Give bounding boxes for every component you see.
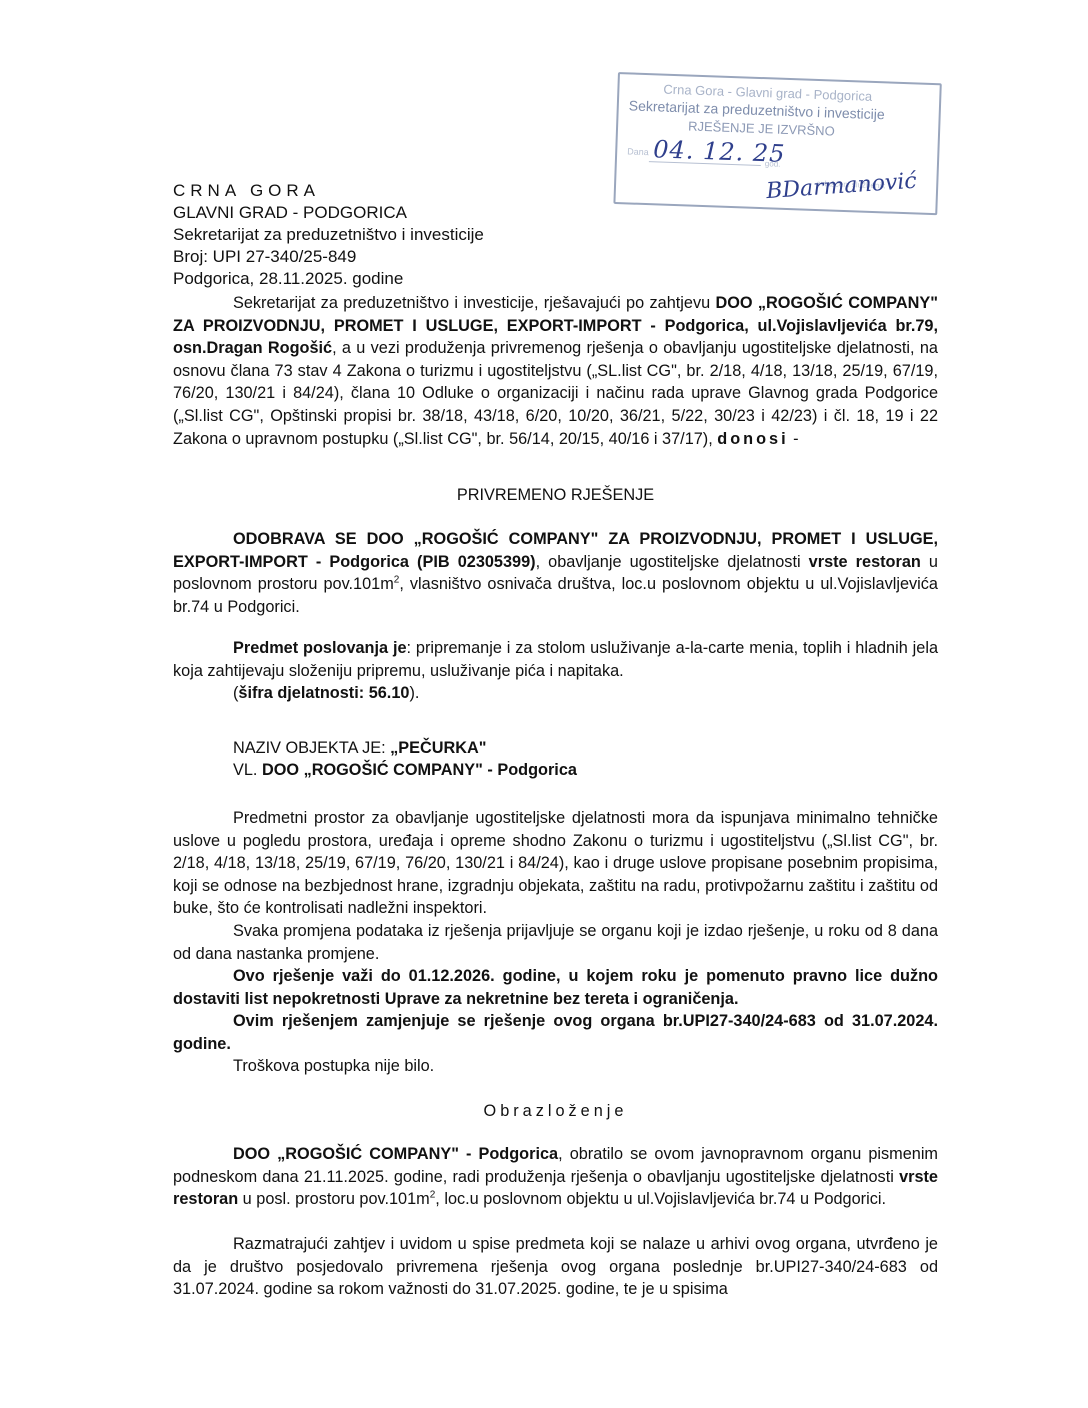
replacement-paragraph: Ovim rješenjem zamjenjuje se rješenje ov…	[173, 1010, 938, 1055]
object-name-label: NAZIV OBJEKTA JE:	[233, 739, 390, 757]
reasoning-company: DOO „ROGOŠIĆ COMPANY" - Podgorica	[233, 1145, 558, 1163]
stamp-year-suffix: god.	[765, 159, 781, 169]
changes-paragraph: Svaka promjena podataka iz rješenja prij…	[173, 920, 938, 965]
conditions-paragraph: Predmetni prostor za obavljanje ugostite…	[173, 807, 938, 920]
header-country: CRNA GORA	[173, 180, 484, 202]
decision-title: PRIVREMENO RJEŠENJE	[173, 484, 938, 507]
enforceability-stamp: Crna Gora - Glavni grad - Podgorica Sekr…	[613, 72, 941, 215]
owner-label: VL.	[233, 761, 262, 779]
document-page: Crna Gora - Glavni grad - Podgorica Sekr…	[0, 0, 1088, 1408]
activity-code-value: šifra djelatnosti: 56.10	[238, 684, 409, 702]
stamp-date-label: Dana	[627, 146, 649, 157]
reasoning-text-e: , loc.u poslovnom objektu u ul.Vojislavl…	[435, 1190, 886, 1208]
header-number: Broj: UPI 27-340/25-849	[173, 246, 484, 268]
decision-paragraph: ODOBRAVA SE DOO „ROGOŠIĆ COMPANY" ZA PRO…	[173, 528, 938, 618]
validity-paragraph: Ovo rješenje važi do 01.12.2026. godine,…	[173, 965, 938, 1010]
reasoning-text-d: u posl. prostoru pov.101m	[238, 1190, 430, 1208]
decision-text-b: , obavljanje ugostiteljske djelatnosti	[536, 553, 809, 571]
owner-line: VL. DOO „ROGOŠIĆ COMPANY" - Podgorica	[233, 759, 577, 782]
activity-code-close: ).	[409, 684, 419, 702]
activity-code: (šifra djelatnosti: 56.10).	[233, 682, 419, 705]
header-department: Sekretarijat za preduzetništvo i investi…	[173, 224, 484, 246]
document-header: CRNA GORA GLAVNI GRAD - PODGORICA Sekret…	[173, 180, 484, 290]
intro-decides: donosi	[717, 430, 788, 448]
stamp-status: RJEŠENJE JE IZVRŠNO	[688, 118, 835, 138]
header-place-date: Podgorica, 28.11.2025. godine	[173, 268, 484, 290]
intro-text-a: Sekretarijat za preduzetništvo i investi…	[233, 294, 715, 312]
stamp-signature: BDarmanović	[765, 169, 917, 204]
decision-type: vrste restoran	[809, 553, 921, 571]
reasoning-paragraph-1: DOO „ROGOŠIĆ COMPANY" - Podgorica, obrat…	[173, 1143, 938, 1211]
business-subject-label: Predmet poslovanja je	[233, 639, 407, 657]
costs-paragraph: Troškova postupka nije bilo.	[173, 1055, 938, 1078]
reasoning-title: Obrazloženje	[173, 1100, 938, 1123]
object-name-value: „PEČURKA"	[390, 739, 486, 757]
header-city: GLAVNI GRAD - PODGORICA	[173, 202, 484, 224]
object-name-line: NAZIV OBJEKTA JE: „PEČURKA"	[233, 737, 487, 760]
intro-paragraph: Sekretarijat za preduzetništvo i investi…	[173, 292, 938, 450]
intro-text-e: -	[789, 430, 799, 448]
reasoning-paragraph-2: Razmatrajući zahtjev i uvidom u spise pr…	[173, 1233, 938, 1301]
business-subject-paragraph: Predmet poslovanja je: pripremanje i za …	[173, 637, 938, 682]
owner-name: DOO „ROGOŠIĆ COMPANY" - Podgorica	[262, 761, 577, 779]
